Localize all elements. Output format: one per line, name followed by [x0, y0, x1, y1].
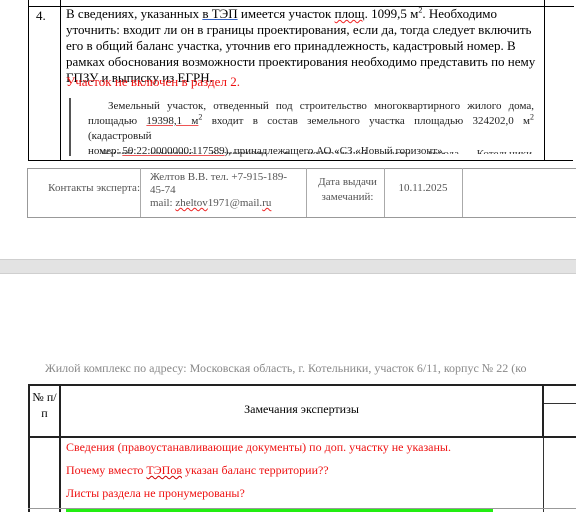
issue-date: 10.11.2025	[388, 182, 458, 194]
remarks-list[interactable]: Сведения (правоустанавливающие документы…	[66, 440, 536, 509]
table-border	[28, 384, 576, 386]
remark-item[interactable]: Листы раздела не пронумерованы?	[66, 486, 536, 509]
column-divider	[542, 384, 544, 438]
reviewer-note[interactable]: Участок не включен в раздел 2.	[66, 74, 240, 90]
spelling-error[interactable]: ТЭПов	[146, 463, 182, 477]
row-number-cell	[28, 6, 61, 160]
issue-date-label: Дата выдачи замечаний:	[310, 175, 385, 205]
table-border	[28, 436, 576, 438]
page-break	[0, 259, 576, 274]
column-divider	[544, 6, 545, 161]
page-header: Жилой комплекс по адресу: Московская обл…	[45, 361, 526, 376]
table-border	[544, 403, 576, 404]
column-divider	[306, 168, 307, 217]
remark-item[interactable]: Почему вместо ТЭПов указан баланс террит…	[66, 463, 536, 486]
column-divider	[543, 438, 544, 512]
tep-reference[interactable]: в ТЭП	[202, 6, 237, 21]
spelling-error[interactable]: площ	[335, 6, 365, 21]
area-value: 19398,1 м	[146, 115, 198, 127]
remark-item[interactable]: Сведения (правоустанавливающие документы…	[66, 440, 536, 463]
quote-bar	[69, 98, 71, 156]
column-header-number: № п/п	[30, 389, 59, 421]
clipped-line: Жилой комплекс расположен в центральной …	[100, 147, 532, 154]
contacts-label: Контакты эксперта:	[30, 182, 140, 194]
expert-contact-info[interactable]: Желтов В.В. тел. +7-915-189- 45-74 mail:…	[150, 171, 300, 210]
row-number: 4.	[36, 8, 46, 24]
column-divider	[462, 168, 463, 217]
column-divider	[140, 168, 141, 217]
column-header-remarks: Замечания экспертизы	[61, 402, 542, 417]
